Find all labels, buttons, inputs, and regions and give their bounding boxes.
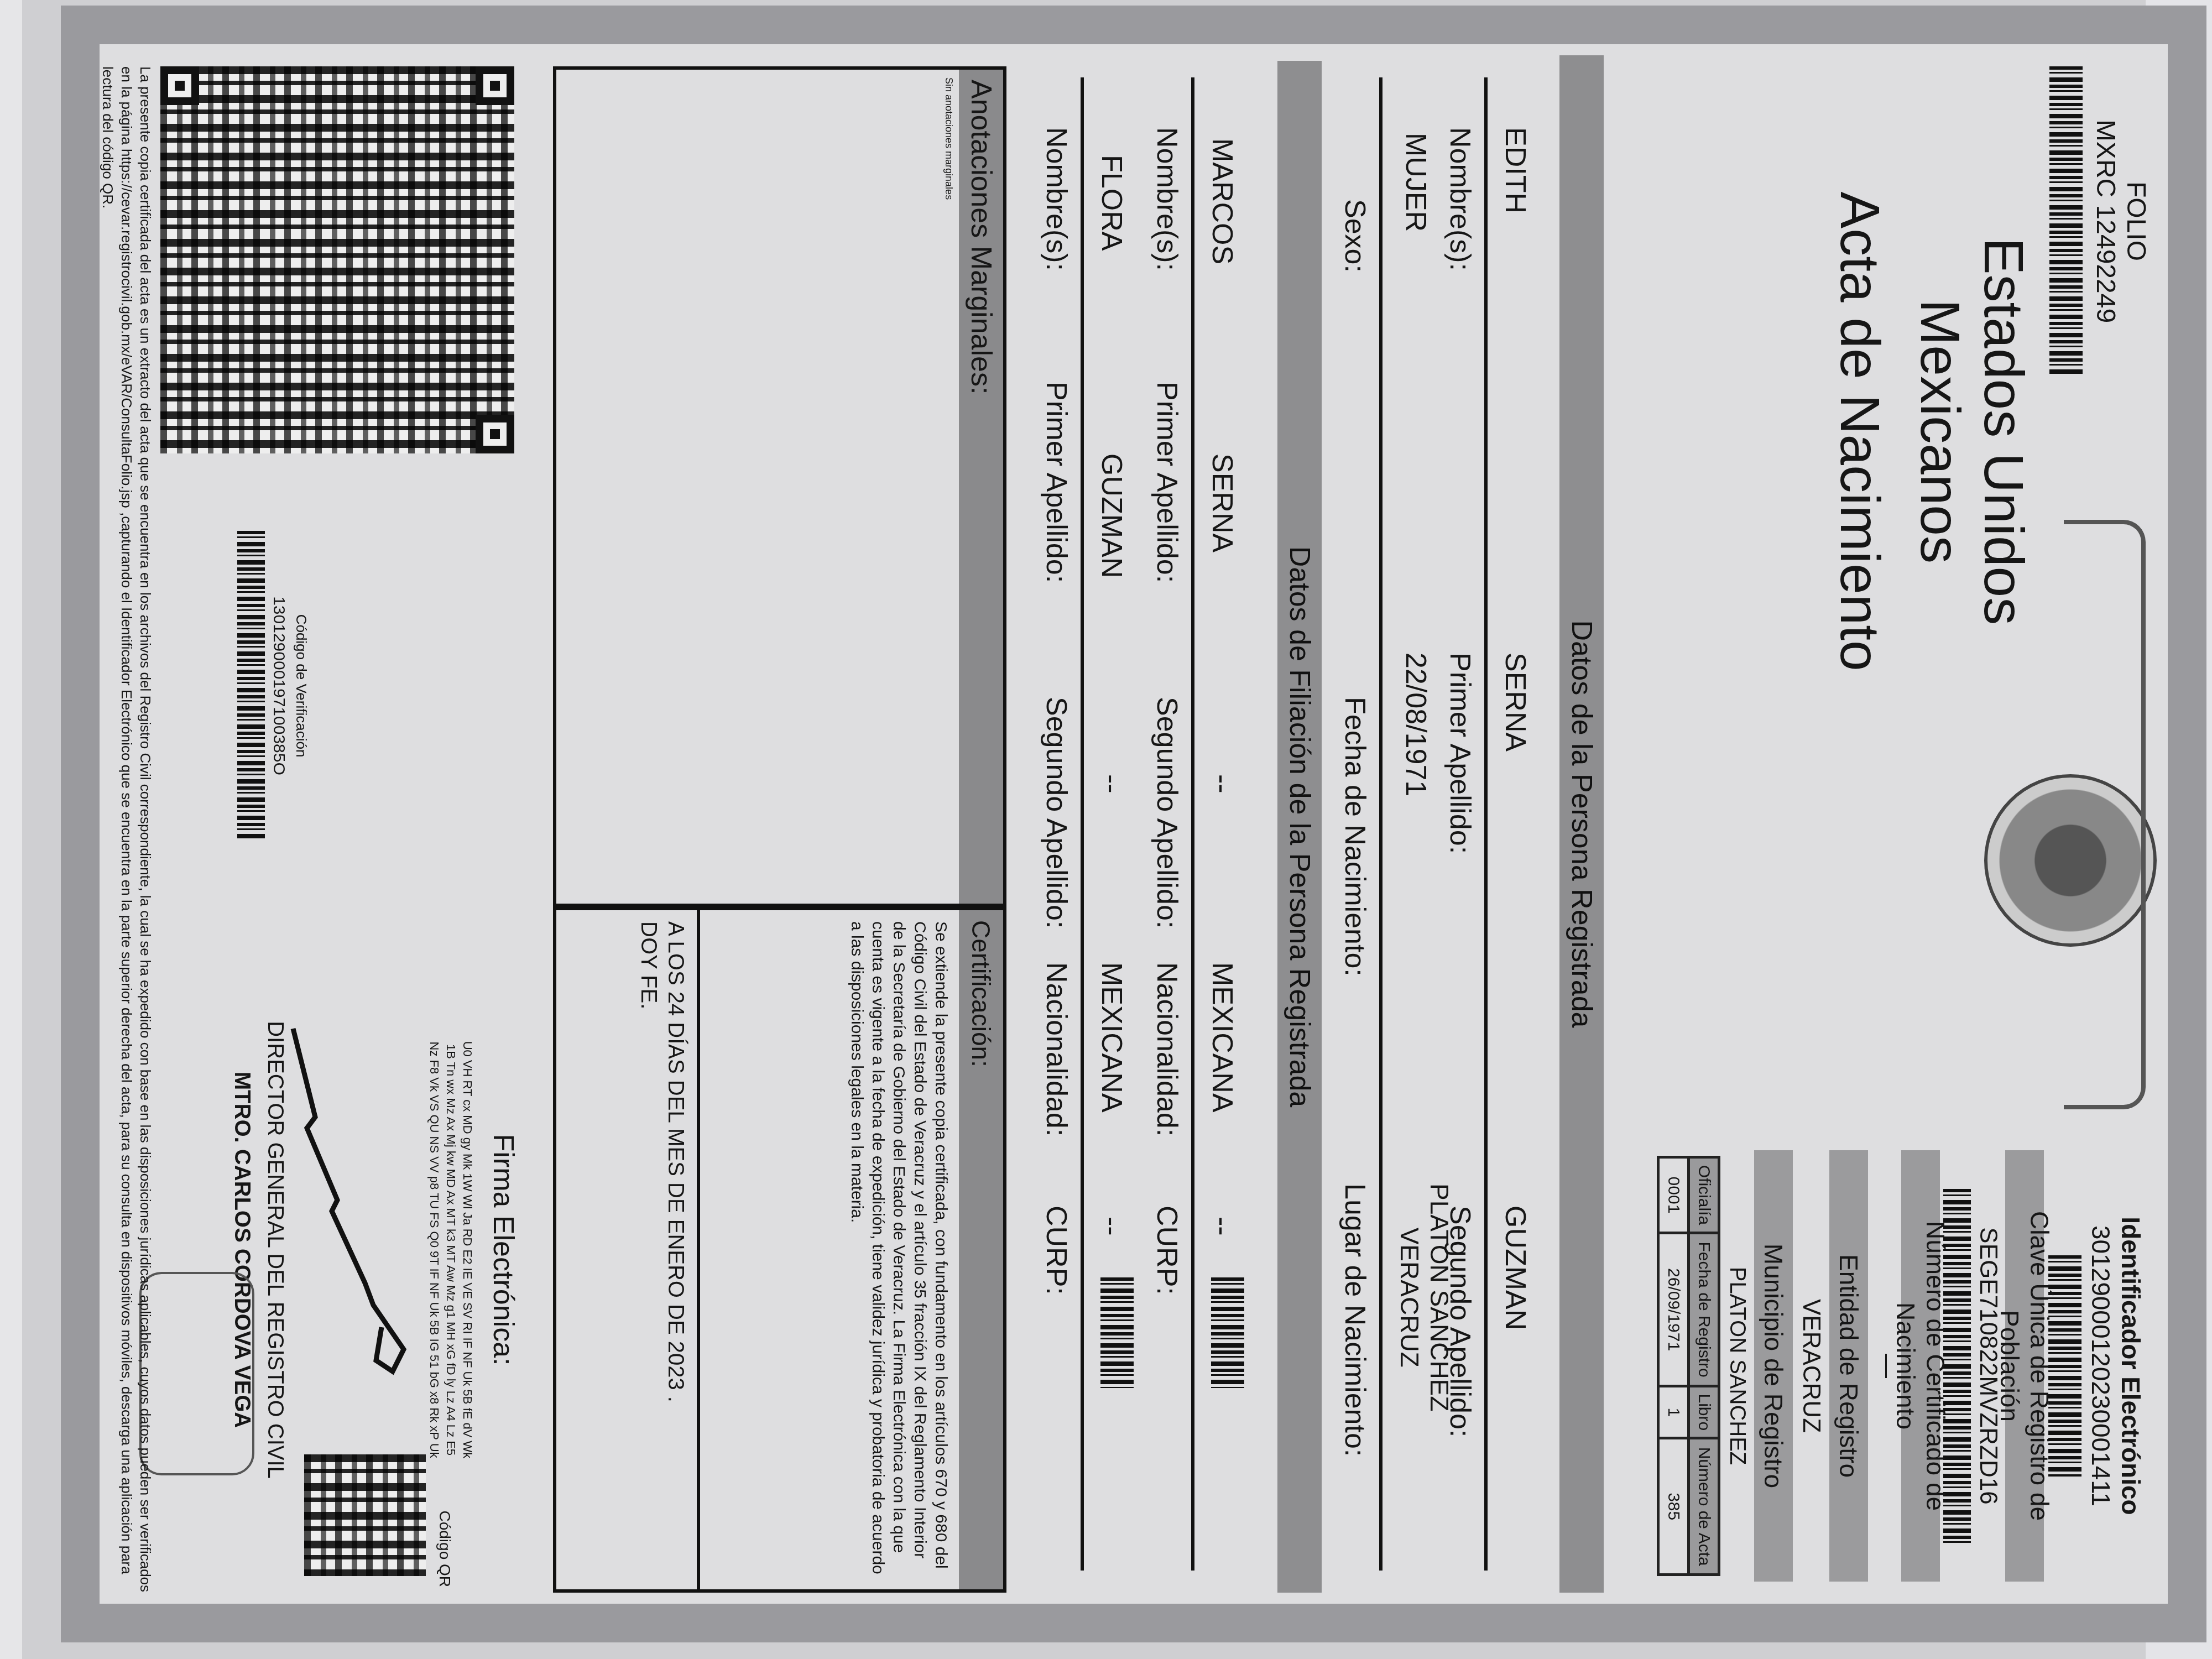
document-title: Acta de Nacimiento — [1828, 127, 1891, 735]
qr-finder-icon — [160, 66, 199, 105]
handwritten-signature-icon — [271, 1018, 426, 1405]
header-libro: Libro — [1689, 1386, 1719, 1438]
folio-block: FOLIO MXRC 12492249 — [2049, 66, 2151, 376]
certificate-paper: FOLIO MXRC 12492249 Estados Unidos Mexic… — [100, 44, 2168, 1604]
folio-barcode — [2049, 66, 2083, 376]
signature-hash-line: Nz F8 Vk VS QU NS VV p8 TU FS Q0 9T IF N… — [426, 907, 442, 1593]
marginal-notes-text: Sin anotaciones marginales — [938, 70, 959, 904]
father-nationality-label: Nacionalidad: — [1150, 962, 1183, 1136]
divider — [1484, 77, 1488, 1571]
value-numero-acta: 385 — [1658, 1438, 1689, 1575]
father-second-surname: -- — [1206, 774, 1239, 794]
seal-ornament-icon — [2064, 520, 2146, 1109]
registry-table-row: 0001 26/09/1971 1 385 — [1658, 1157, 1689, 1575]
divider — [1379, 77, 1383, 1571]
father-nationality: MEXICANA — [1206, 962, 1239, 1113]
registered-first-name: EDITH — [1499, 127, 1532, 213]
official-title: DIRECTOR GENERAL DEL REGISTRO CIVIL — [263, 907, 288, 1593]
mother-nationality-label: Nacionalidad: — [1040, 962, 1073, 1136]
verification-label: Código de Verificación — [293, 531, 310, 841]
value-oficialia: 0001 — [1658, 1157, 1689, 1233]
birth-certificate-number-label: Número de Certificado de Nacimiento — [1901, 1150, 1940, 1582]
registered-person-section-title: Datos de la Persona Registrada — [1559, 55, 1604, 1593]
father-curp-label: CURP: — [1150, 1206, 1183, 1295]
mother-first-surname-label: Primer Apellido: — [1040, 382, 1073, 583]
registry-entity-label: Entidad de Registro — [1829, 1150, 1868, 1582]
verification-code: 130129000197100385O — [269, 531, 288, 841]
header-oficialia: Oficialía — [1689, 1157, 1719, 1233]
qr-finder-icon — [476, 66, 514, 105]
title-block: Estados Unidos Mexicanos Acta de Nacimie… — [1828, 127, 2035, 735]
parents-section-title: Datos de Filiación de la Persona Registr… — [1277, 61, 1322, 1593]
registered-first-surname: SERNA — [1499, 653, 1532, 752]
mother-curp-barcode — [1100, 1277, 1134, 1388]
mother-nationality: MEXICANA — [1095, 962, 1128, 1113]
father-first-surname: SERNA — [1206, 453, 1239, 552]
registry-municipality-label: Municipio de Registro — [1754, 1150, 1793, 1582]
divider — [1081, 77, 1084, 1571]
background-edge — [0, 0, 22, 1659]
signature-hash: U0 VH RT cx MD gy Mk 1W Wl Ja RD E2 IE V… — [426, 907, 476, 1593]
registered-birth-place: PLATON SANCHEZ VERACRUZ — [1395, 1183, 1454, 1411]
registry-entity: VERACRUZ — [1797, 1150, 1825, 1582]
father-curp: -- — [1206, 1217, 1239, 1236]
father-second-surname-label: Segundo Apellido: — [1150, 697, 1183, 928]
marginal-notes-title: Anotaciones Marginales: — [959, 70, 1003, 904]
birth-date-label: Fecha de Nacimiento: — [1338, 697, 1371, 977]
verification-barcode — [237, 531, 265, 841]
identifiers-block: Identificador Electrónico 30129000120230… — [1657, 1150, 2146, 1582]
registry-table-header: Oficialía Fecha de Registro Libro Número… — [1689, 1157, 1719, 1575]
mother-curp-label: CURP: — [1040, 1206, 1073, 1295]
signature-block: Firma Electrónica: U0 VH RT cx MD gy Mk … — [426, 907, 520, 1593]
divider — [1191, 77, 1194, 1571]
certification-title: Certificación: — [959, 910, 1003, 1589]
certification-box: Certificación: Se extiende la presente c… — [553, 907, 1006, 1593]
marginal-notes-box: Anotaciones Marginales: Sin anotaciones … — [553, 66, 1006, 907]
stamp-box — [139, 1272, 254, 1475]
country-name: Estados Unidos Mexicanos — [1908, 127, 2035, 735]
birth-place-label: Lugar de Nacimiento: — [1338, 1183, 1371, 1457]
registry-municipality: PLATON SANCHEZ — [1725, 1150, 1750, 1582]
registered-second-surname: GUZMAN — [1499, 1206, 1532, 1330]
certification-date: A LOS 24 DÍAS DEL MES DE ENERO DE 2023 . — [663, 910, 697, 1589]
value-libro: 1 — [1658, 1386, 1689, 1438]
curp-label: Clave Única de Registro de Población — [2005, 1150, 2044, 1582]
birth-place-municipality: PLATON SANCHEZ — [1425, 1183, 1454, 1411]
mother-second-surname: -- — [1095, 774, 1128, 794]
electronic-id-label: Identificador Electrónico — [2116, 1150, 2146, 1582]
signature-hash-line: 1B Tn wx Mz Ax Mj kw MD Ax MT k3 MT Aw M… — [442, 907, 459, 1593]
first-name-label: Nombre(s): — [1443, 127, 1477, 271]
birth-certificate: FOLIO MXRC 12492249 Estados Unidos Mexic… — [61, 6, 2206, 1642]
registered-birth-date: 22/08/1971 — [1399, 653, 1432, 796]
footer-legal-text: La presente copia certificada del acta e… — [98, 66, 155, 1593]
qr-label: Código QR — [436, 1510, 453, 1587]
birth-place-state: VERACRUZ — [1395, 1183, 1425, 1411]
father-first-surname-label: Primer Apellido: — [1150, 382, 1183, 583]
registered-sex: MUJER — [1399, 133, 1432, 232]
verification-qr-code — [160, 66, 514, 453]
mother-first-name-label: Nombre(s): — [1040, 127, 1073, 271]
electronic-id: 30129000120230001411 — [2086, 1150, 2116, 1582]
sex-label: Sexo: — [1338, 199, 1371, 273]
signature-hash-line: U0 VH RT cx MD gy Mk 1W Wl Ja RD E2 IE V… — [459, 907, 476, 1593]
signature-title: Firma Electrónica: — [487, 907, 520, 1593]
signature-qr-code — [304, 1454, 426, 1576]
certification-attest: DOY FE. — [634, 910, 663, 1589]
registry-table: Oficialía Fecha de Registro Libro Número… — [1657, 1156, 1720, 1576]
father-curp-barcode — [1211, 1277, 1244, 1388]
header-fecha-registro: Fecha de Registro — [1689, 1233, 1719, 1386]
certification-text: Se extiende la presente copia certificad… — [697, 910, 959, 1589]
father-first-name: MARCOS — [1206, 138, 1239, 264]
father-first-name-label: Nombre(s): — [1150, 127, 1183, 271]
mother-first-name: FLORA — [1095, 155, 1128, 251]
value-fecha-registro: 26/09/1971 — [1658, 1233, 1689, 1386]
official-name: MTRO. CARLOS CORDOVA VEGA — [229, 907, 254, 1593]
mother-second-surname-label: Segundo Apellido: — [1040, 697, 1073, 928]
mother-curp: -- — [1095, 1217, 1128, 1236]
header-numero-acta: Número de Acta — [1689, 1438, 1719, 1575]
folio-label: FOLIO — [2121, 66, 2151, 376]
qr-finder-icon — [476, 415, 514, 453]
mother-first-surname: GUZMAN — [1095, 453, 1128, 578]
folio-number: MXRC 12492249 — [2090, 66, 2121, 376]
verification-block: Código de Verificación 13012900019710038… — [237, 531, 310, 841]
first-surname-label: Primer Apellido: — [1443, 653, 1477, 854]
